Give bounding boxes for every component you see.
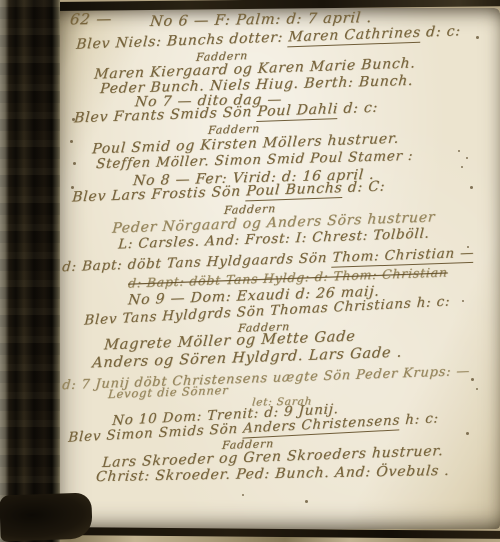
text-segment: Faddern (208, 122, 261, 137)
text-segment: Levogt die Sönner (108, 383, 229, 401)
underlined-name: Poul Dahli (257, 101, 339, 122)
ink-speck (466, 157, 468, 159)
manuscript-photo: 62 — No 6 — F: Palm: d: 7 april .Blev Ni… (0, 0, 500, 542)
ink-speck (461, 166, 463, 168)
text-segment: Blev Lars Frostis Sön (72, 183, 247, 205)
ink-speck (72, 118, 75, 121)
ink-speck (471, 378, 474, 381)
ink-speck (466, 432, 469, 435)
text-segment: d: c: (420, 23, 461, 40)
underlined-name: Maren Cathrines (288, 25, 422, 48)
underlined-name: Thom: Christian — (332, 245, 475, 268)
manuscript-line: Faddern (208, 122, 261, 137)
underlined-name: Poul Bunchs (246, 180, 344, 201)
ink-speck (305, 500, 308, 503)
ink-speck (476, 388, 478, 390)
ink-speck (476, 36, 479, 39)
ink-speck (458, 150, 460, 152)
text-segment: d: C: (342, 179, 386, 197)
ink-speck (470, 186, 473, 189)
ink-speck (71, 186, 74, 189)
text-layer: 62 — No 6 — F: Palm: d: 7 april .Blev Ni… (0, 0, 500, 542)
ink-speck (242, 494, 244, 496)
ink-speck (467, 246, 469, 248)
text-segment: Blev Simon Smids Sön (68, 421, 244, 446)
text-segment: Blev Niels: Bunchs dotter: (76, 29, 289, 52)
ink-speck (70, 140, 73, 143)
ink-speck (462, 300, 464, 302)
manuscript-line: Levogt die Sönner (108, 383, 229, 401)
text-segment: d: c: (338, 100, 379, 117)
text-segment: h: c: (400, 410, 440, 428)
page-number: 62 — (69, 10, 113, 29)
ink-speck (73, 162, 76, 165)
